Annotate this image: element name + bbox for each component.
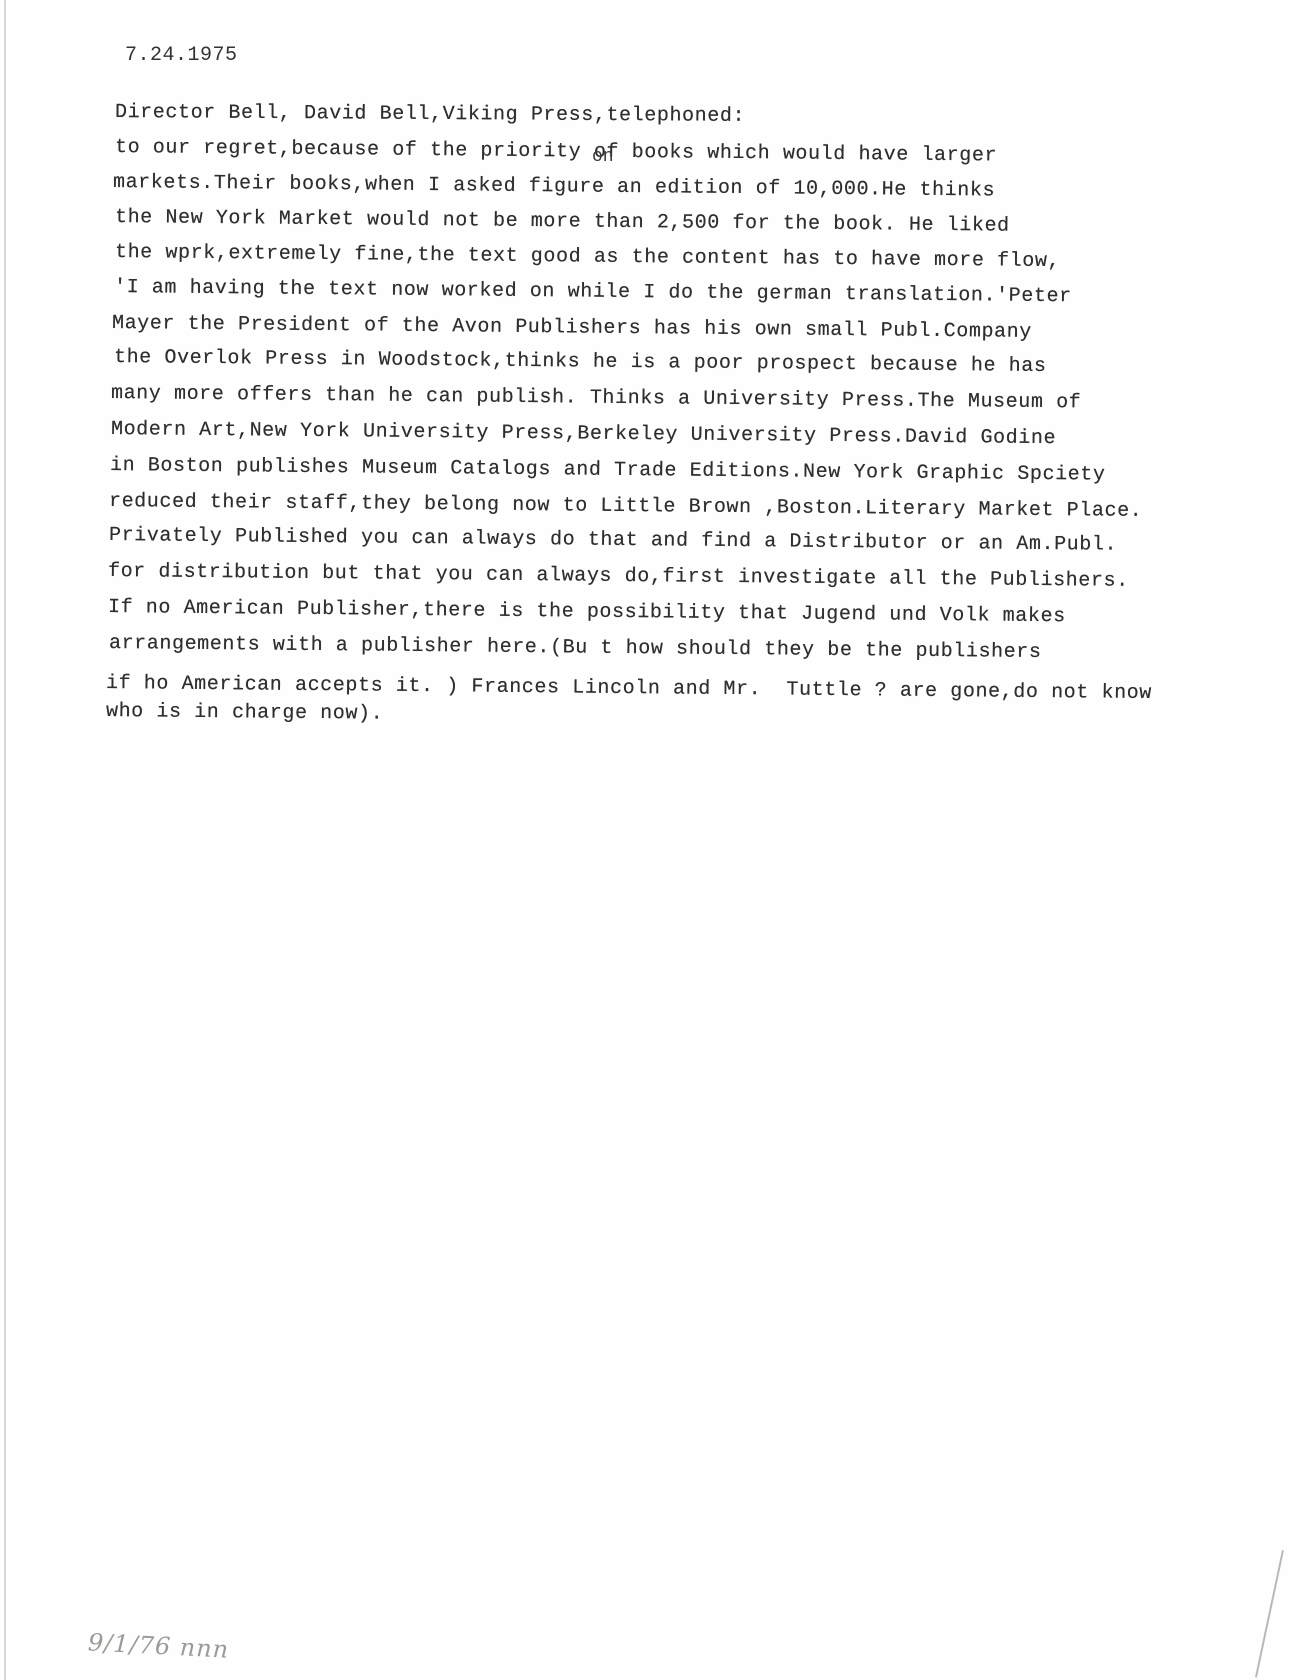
body-line: Modern Art,New York University Press,Ber… <box>111 418 1056 451</box>
body-line: 'I am having the text now worked on whil… <box>114 276 1072 309</box>
body-line: many more offers than he can publish. Th… <box>111 382 1082 415</box>
scan-edge-line <box>4 0 6 1680</box>
body-line: If no American Publisher,there is the po… <box>108 596 1066 629</box>
body-line: markets.Their books,when I asked figure … <box>113 171 995 203</box>
typed-letter-page: 7.24.1975 Director Bell, David Bell,Viki… <box>0 0 1304 1680</box>
body-line: for distribution but that you can always… <box>108 560 1129 594</box>
handwritten-note: 9/1/76 nnn <box>87 1628 230 1663</box>
body-line: who is in charge now). <box>106 700 383 727</box>
document-heading: Director Bell, David Bell,Viking Press,t… <box>115 101 745 129</box>
body-line: the Overlok Press in Woodstock,thinks he… <box>114 346 1047 379</box>
body-line: in Boston publishes Museum Catalogs and … <box>110 454 1106 488</box>
body-line: reduced their staff,they belong now to L… <box>109 490 1143 524</box>
body-line: Mayer the President of the Avon Publishe… <box>112 312 1032 345</box>
body-line: to our regret,because of the priority of… <box>115 136 997 168</box>
body-line: the New York Market would not be more th… <box>115 206 1010 239</box>
document-date: 7.24.1975 <box>125 44 238 67</box>
pen-stroke-mark <box>1255 1550 1284 1678</box>
body-line: arrangements with a publisher here.(Bu t… <box>109 632 1042 665</box>
body-line: Privately Published you can always do th… <box>109 524 1117 558</box>
body-line: the wprk,extremely fine,the text good as… <box>115 241 1060 274</box>
interlinear-correction: on <box>592 147 614 167</box>
